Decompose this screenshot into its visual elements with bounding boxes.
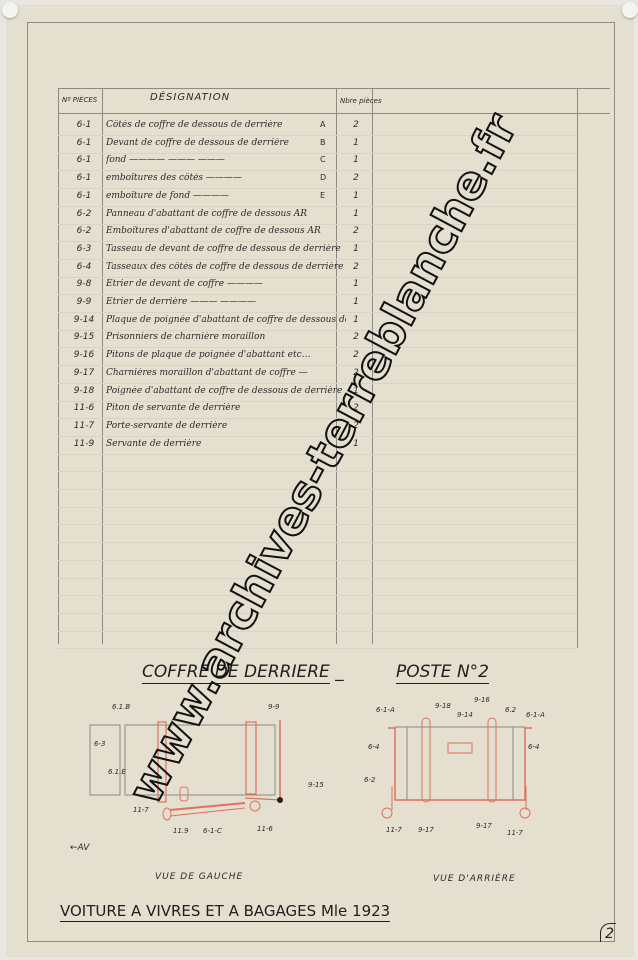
part-label: 6-2 — [364, 776, 375, 784]
direction-arrow-icon: ←AV — [70, 843, 89, 853]
cell-designation: Tasseaux des côtés de coffre de dessous … — [106, 262, 346, 272]
ruled-line — [58, 613, 577, 614]
cell-ref: 9-16 — [66, 350, 102, 360]
cell-ref: 6-4 — [66, 262, 102, 272]
part-label: 11.9 — [173, 827, 189, 835]
cell-ref: 11-7 — [66, 421, 102, 431]
table-row: 9-17Charnières moraillon d'abattant de c… — [58, 368, 378, 384]
cell-designation: Charnières moraillon d'abattant de coffr… — [106, 368, 346, 378]
part-label: 9-17 — [418, 826, 434, 834]
pushpin-icon — [2, 2, 18, 18]
cell-letter: D — [320, 173, 326, 182]
part-label: 6-4 — [368, 743, 379, 751]
cell-ref: 11-6 — [66, 403, 102, 413]
header-designation: DÉSIGNATION — [150, 92, 230, 103]
table-top-line — [58, 88, 610, 89]
cell-designation: emboîture de fond ———— — [106, 191, 346, 201]
cell-designation: Piton de servante de derrière — [106, 403, 346, 413]
ruled-line — [58, 595, 577, 596]
part-label: 6-3 — [94, 740, 105, 748]
cell-qty: 1 — [348, 155, 364, 165]
table-row: 9-8Étrier de devant de coffre ————1 — [58, 279, 378, 295]
table-row: 6-1emboîture de fond ————E1 — [58, 191, 378, 207]
part-label: 6-1-C — [203, 827, 222, 835]
cell-designation: Devant de coffre de dessous de derrière — [106, 138, 346, 148]
cell-designation: Poignée d'abattant de coffre de dessous … — [106, 386, 346, 396]
cell-ref: 9-8 — [66, 279, 102, 289]
table-row: 6-1Côtés de coffre de dessous de derrièr… — [58, 120, 378, 136]
cell-qty: 2 — [348, 262, 364, 272]
cell-ref: 6-1 — [66, 120, 102, 130]
page-number: 2 — [600, 923, 616, 942]
cell-designation: Pitons de plaque de poignée d'abattant e… — [106, 350, 346, 360]
cell-qty: 1 — [348, 297, 364, 307]
table-row: 9-16Pitons de plaque de poignée d'abatta… — [58, 350, 378, 366]
rear-view-caption: VUE D'ARRIÈRE — [433, 874, 516, 884]
table-row: 9-14Plaque de poignée d'abattant de coff… — [58, 315, 378, 331]
table-row: 6-1Devant de coffre de dessous de derriè… — [58, 138, 378, 154]
left-view-caption: VUE DE GAUCHE — [155, 872, 243, 882]
table-row: 9-9Étrier de derrière ——— ————1 — [58, 297, 378, 313]
cell-designation: Plaque de poignée d'abattant de coffre d… — [106, 315, 346, 325]
cell-designation: Étrier de devant de coffre ———— — [106, 279, 346, 289]
table-row: 6-4Tasseaux des côtés de coffre de desso… — [58, 262, 378, 278]
cell-ref: 6-1 — [66, 191, 102, 201]
cell-designation: emboîtures des côtés ———— — [106, 173, 346, 183]
part-label: 9-9 — [268, 703, 279, 711]
cell-qty: 1 — [348, 191, 364, 201]
station-text: POSTE N°2 — [396, 662, 489, 684]
part-label: 9-15 — [308, 781, 324, 789]
pushpin-icon — [622, 2, 638, 18]
part-label: 9-16 — [474, 696, 490, 704]
cell-designation: Tasseau de devant de coffre de dessous d… — [106, 244, 346, 254]
cell-ref: 9-17 — [66, 368, 102, 378]
title-separator: _ — [335, 662, 344, 682]
cell-designation: fond ———— ——— ——— — [106, 155, 346, 165]
station-title: POSTE N°2 — [396, 662, 489, 682]
cell-designation: Panneau d'abattant de coffre de dessous … — [106, 209, 346, 219]
table-row: 9-15Prisonniers de charnière moraillon2 — [58, 332, 378, 348]
cell-ref: 6-2 — [66, 209, 102, 219]
part-label: 11-7 — [507, 829, 523, 837]
cell-qty: 1 — [348, 138, 364, 148]
cell-ref: 11-9 — [66, 439, 102, 449]
ruled-line — [58, 542, 577, 543]
cell-qty: 1 — [348, 244, 364, 254]
part-label: 11-7 — [386, 826, 402, 834]
part-label: 6.2 — [505, 706, 516, 714]
cell-designation: Prisonniers de charnière moraillon — [106, 332, 346, 342]
cell-designation: Emboîtures d'abattant de coffre de desso… — [106, 226, 346, 236]
table-header-line — [58, 113, 610, 114]
cell-ref: 9-18 — [66, 386, 102, 396]
cell-ref: 9-9 — [66, 297, 102, 307]
footer-title-text: VOITURE A VIVRES ET A BAGAGES Mle 1923 — [60, 902, 390, 922]
footer-title: VOITURE A VIVRES ET A BAGAGES Mle 1923 — [60, 902, 390, 920]
cell-qty: 2 — [348, 226, 364, 236]
table-row: 6-1fond ———— ——— ———C1 — [58, 155, 378, 171]
ruled-line — [58, 648, 577, 649]
header-count: Nbre pièces — [340, 97, 382, 105]
part-label: 11-7 — [133, 806, 149, 814]
ruled-line — [58, 631, 577, 632]
table-row: 6-2Panneau d'abattant de coffre de desso… — [58, 209, 378, 225]
cell-letter: A — [320, 120, 325, 129]
cell-letter: C — [320, 155, 326, 164]
part-label: 9-14 — [457, 711, 473, 719]
part-label: 11-6 — [257, 825, 273, 833]
cell-ref: 6-2 — [66, 226, 102, 236]
cell-ref: 6-1 — [66, 155, 102, 165]
cell-letter: B — [320, 138, 326, 147]
part-label: 9-17 — [476, 822, 492, 830]
cell-letter: E — [320, 191, 325, 200]
table-row: 6-3Tasseau de devant de coffre de dessou… — [58, 244, 378, 260]
part-label: 9-18 — [435, 702, 451, 710]
cell-qty: 1 — [348, 315, 364, 325]
table-border — [577, 88, 578, 648]
cell-qty: 2 — [348, 120, 364, 130]
header-ref: Nº PIÈCES — [62, 96, 97, 104]
ruled-line — [58, 578, 577, 579]
cell-ref: 9-14 — [66, 315, 102, 325]
cell-qty: 1 — [348, 209, 364, 219]
table-row: 6-2Emboîtures d'abattant de coffre de de… — [58, 226, 378, 242]
cell-designation: Côtés de coffre de dessous de derrière — [106, 120, 346, 130]
cell-ref: 6-1 — [66, 173, 102, 183]
part-label: 6-1-A — [526, 711, 545, 719]
cell-ref: 6-3 — [66, 244, 102, 254]
part-label: 6.1.B — [112, 703, 130, 711]
cell-ref: 9-15 — [66, 332, 102, 342]
cell-qty: 2 — [348, 173, 364, 183]
table-row: 6-1emboîtures des côtés ————D2 — [58, 173, 378, 189]
ruled-line — [58, 560, 577, 561]
cell-designation: Étrier de derrière ——— ———— — [106, 297, 346, 307]
cell-qty: 1 — [348, 279, 364, 289]
part-label: 6-1-A — [376, 706, 395, 714]
part-label: 6-4 — [528, 743, 539, 751]
cell-ref: 6-1 — [66, 138, 102, 148]
